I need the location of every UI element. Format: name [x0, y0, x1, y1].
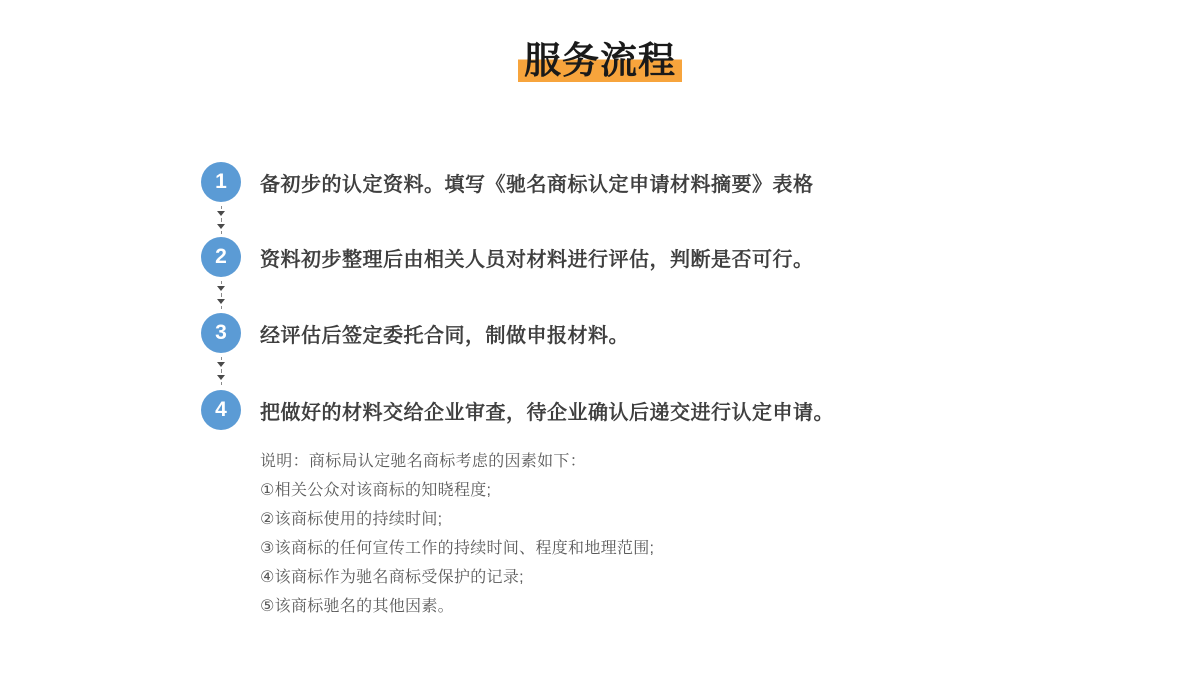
step-text: 经评估后签定委托合同，制做申报材料。	[260, 319, 629, 348]
step-number-badge: 3	[201, 313, 241, 353]
process-step-3: 3 经评估后签定委托合同，制做申报材料。	[201, 313, 629, 353]
dashed-arrow-connector	[210, 356, 232, 386]
step-text: 资料初步整理后由相关人员对材料进行评估，判断是否可行。	[260, 243, 814, 272]
notes-block: 说明：商标局认定驰名商标考虑的因素如下： ①相关公众对该商标的知晓程度; ②该商…	[260, 447, 654, 621]
step-text: 备初步的认定资料。填写《驰名商标认定申请材料摘要》表格	[260, 168, 814, 197]
down-arrow-icon	[217, 286, 225, 291]
note-item-5: ⑤该商标驰名的其他因素。	[260, 592, 654, 621]
dash-segment	[221, 382, 222, 385]
title-container: 服务流程	[0, 40, 1200, 82]
dash-segment	[221, 369, 222, 372]
dash-segment	[221, 357, 222, 360]
note-item-1: ①相关公众对该商标的知晓程度;	[260, 476, 654, 505]
notes-intro: 说明：商标局认定驰名商标考虑的因素如下：	[260, 447, 654, 476]
down-arrow-icon	[217, 375, 225, 380]
dashed-arrow-connector	[210, 280, 232, 310]
process-step-4: 4 把做好的材料交给企业审查，待企业确认后递交进行认定申请。	[201, 390, 834, 430]
note-item-2: ②该商标使用的持续时间;	[260, 505, 654, 534]
dash-segment	[221, 231, 222, 234]
page-title: 服务流程	[518, 40, 682, 82]
note-item-3: ③该商标的任何宣传工作的持续时间、程度和地理范围;	[260, 534, 654, 563]
slide: 服务流程 1 备初步的认定资料。填写《驰名商标认定申请材料摘要》表格 2 资料初…	[0, 0, 1200, 680]
dash-segment	[221, 218, 222, 221]
dash-segment	[221, 306, 222, 309]
down-arrow-icon	[217, 224, 225, 229]
down-arrow-icon	[217, 211, 225, 216]
step-number-badge: 4	[201, 390, 241, 430]
dash-segment	[221, 293, 222, 296]
step-number-badge: 2	[201, 237, 241, 277]
down-arrow-icon	[217, 299, 225, 304]
process-step-1: 1 备初步的认定资料。填写《驰名商标认定申请材料摘要》表格	[201, 162, 814, 202]
dash-segment	[221, 281, 222, 284]
step-text: 把做好的材料交给企业审查，待企业确认后递交进行认定申请。	[260, 396, 834, 425]
process-step-2: 2 资料初步整理后由相关人员对材料进行评估，判断是否可行。	[201, 237, 814, 277]
step-number-badge: 1	[201, 162, 241, 202]
dash-segment	[221, 206, 222, 209]
note-item-4: ④该商标作为驰名商标受保护的记录;	[260, 563, 654, 592]
down-arrow-icon	[217, 362, 225, 367]
dashed-arrow-connector	[210, 205, 232, 235]
